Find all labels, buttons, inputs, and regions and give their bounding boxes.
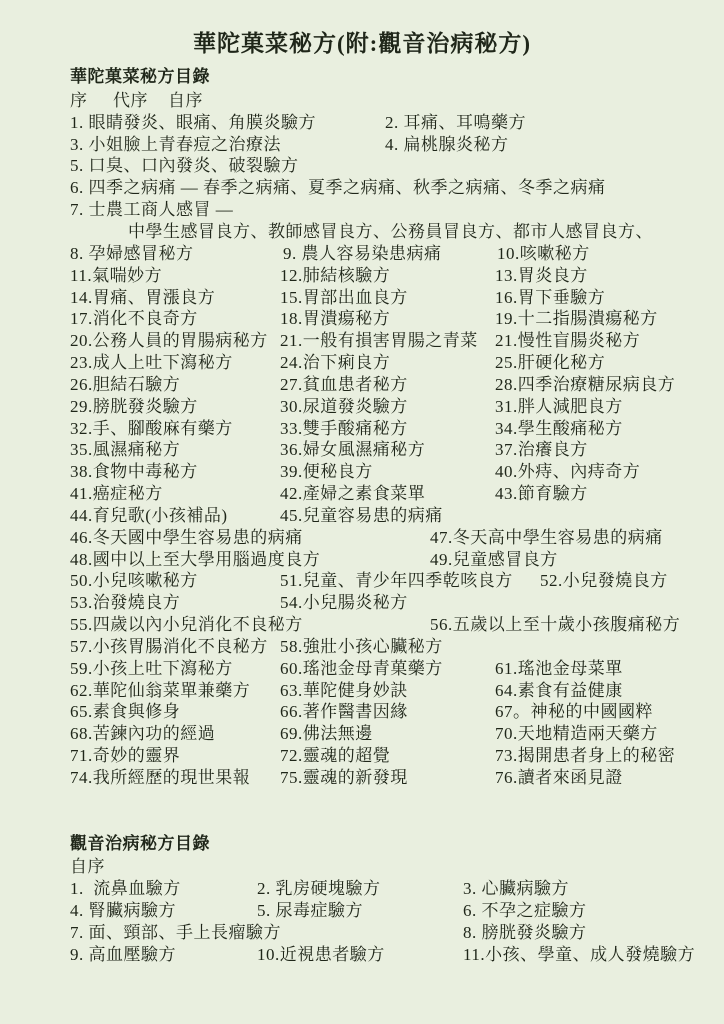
toc-entry: 37.治癢良方 xyxy=(495,439,588,460)
toc-entry: 16.胃下垂驗方 xyxy=(495,287,605,308)
toc-entry: 38.食物中毒秘方 xyxy=(70,461,198,482)
toc-entry: 4. 扁桃腺炎秘方 xyxy=(385,134,509,155)
toc-entry: 39.便秘良方 xyxy=(280,461,373,482)
toc-entry: 43.節育驗方 xyxy=(495,483,588,504)
toc-entry: 58.強壯小孩心臟秘方 xyxy=(280,636,443,657)
toc-entry: 27.貧血患者秘方 xyxy=(280,374,408,395)
toc-entry: 17.消化不良奇方 xyxy=(70,308,198,329)
toc-entry: 11.小孩、學童、成人發燒驗方 xyxy=(463,944,695,965)
toc-entry: 59.小孩上吐下瀉秘方 xyxy=(70,658,233,679)
toc-entry: 序 xyxy=(70,90,88,111)
section-heading: 華陀菓菜秘方目錄 xyxy=(70,66,210,87)
toc-entry: 5. 口臭、口內發炎、破裂驗方 xyxy=(70,155,299,176)
toc-entry: 10.近視患者驗方 xyxy=(257,944,385,965)
toc-entry: 75.靈魂的新發現 xyxy=(280,767,408,788)
toc-entry: 56.五歲以上至十歲小孩腹痛秘方 xyxy=(430,614,680,635)
toc-entry: 53.治發燒良方 xyxy=(70,592,180,613)
toc-entry: 3. 小姐臉上青春痘之治療法 xyxy=(70,134,281,155)
toc-entry: 63.華陀健身妙訣 xyxy=(280,680,408,701)
toc-entry: 14.胃痛、胃漲良方 xyxy=(70,287,215,308)
toc-entry: 57.小孩胃腸消化不良秘方 xyxy=(70,636,268,657)
toc-entry: 18.胃潰瘍秘方 xyxy=(280,308,390,329)
toc-entry: 28.四季治療糖尿病良方 xyxy=(495,374,675,395)
toc-entry: 23.成人上吐下瀉秘方 xyxy=(70,352,233,373)
toc-entry: 67。神秘的中國國粹 xyxy=(495,701,653,722)
toc-entry: 40.外痔、內痔奇方 xyxy=(495,461,640,482)
toc-entry: 34.學生酸痛秘方 xyxy=(495,418,623,439)
toc-entry: 20.公務人員的胃腸病秘方 xyxy=(70,330,268,351)
toc-entry: 70.天地精造兩天藥方 xyxy=(495,723,658,744)
toc-entry: 13.胃炎良方 xyxy=(495,265,588,286)
toc-entry: 65.素食與修身 xyxy=(70,701,180,722)
toc-entry: 50.小兒咳嗽秘方 xyxy=(70,570,198,591)
toc-entry: 1. 流鼻血驗方 xyxy=(70,878,181,899)
toc-entry: 29.膀胱發炎驗方 xyxy=(70,396,198,417)
toc-entry: 19.十二指腸潰瘍秘方 xyxy=(495,308,658,329)
toc-entry: 60.瑤池金母青菓藥方 xyxy=(280,658,443,679)
toc-entry: 3. 心臟病驗方 xyxy=(463,878,569,899)
toc-entry: 2. 耳痛、耳鳴藥方 xyxy=(385,112,526,133)
toc-entry: 46.冬天國中學生容易患的病痛 xyxy=(70,527,303,548)
toc-entry: 21.一般有損害胃腸之青菜 xyxy=(280,330,478,351)
toc-entry: 36.婦女風濕痛秘方 xyxy=(280,439,425,460)
page-title: 華陀菓菜秘方(附:觀音治病秘方) xyxy=(0,25,724,58)
toc-entry: 54.小兒腸炎秘方 xyxy=(280,592,408,613)
toc-entry: 69.佛法無邊 xyxy=(280,723,373,744)
page: 華陀菓菜秘方(附:觀音治病秘方) 華陀菓菜秘方目錄序代序自序1. 眼睛發炎、眼痛… xyxy=(0,0,724,1024)
toc-entry: 31.胖人減肥良方 xyxy=(495,396,623,417)
toc-entry: 74.我所經歷的現世果報 xyxy=(70,767,250,788)
toc-entry: 7. 士農工商人感冒 — xyxy=(70,199,233,220)
toc-entry: 41.癌症秘方 xyxy=(70,483,163,504)
toc-entry: 52.小兒發燒良方 xyxy=(540,570,668,591)
toc-entry: 51.兒童、青少年四季乾咳良方 xyxy=(280,570,513,591)
toc-entry: 64.素食有益健康 xyxy=(495,680,623,701)
toc-entry: 47.冬天高中學生容易患的病痛 xyxy=(430,527,663,548)
toc-entry: 5. 尿毒症驗方 xyxy=(257,900,363,921)
section-heading: 觀音治病秘方目錄 xyxy=(70,833,210,854)
toc-entry: 11.氣喘妙方 xyxy=(70,265,162,286)
toc-entry: 68.苦鍊內功的經過 xyxy=(70,723,215,744)
toc-entry: 21.慢性盲腸炎秘方 xyxy=(495,330,640,351)
toc-entry: 9. 高血壓驗方 xyxy=(70,944,176,965)
toc-entry: 66.著作醫書因緣 xyxy=(280,701,408,722)
toc-entry: 71.奇妙的靈界 xyxy=(70,745,180,766)
toc-entry: 代序 xyxy=(113,90,148,111)
toc-entry: 7. 面、頸部、手上長瘤驗方 xyxy=(70,922,281,943)
toc-entry: 61.瑤池金母菜單 xyxy=(495,658,623,679)
toc-entry: 55.四歲以內小兒消化不良秘方 xyxy=(70,614,303,635)
toc-entry: 8. 孕婦感冒秘方 xyxy=(70,243,194,264)
toc-entry: 中學生感冒良方、教師感冒良方、公務員冒良方、都市人感冒良方、 xyxy=(128,221,653,242)
toc-entry: 33.雙手酸痛秘方 xyxy=(280,418,408,439)
toc-entry: 35.風濕痛秘方 xyxy=(70,439,180,460)
toc-entry: 自序 xyxy=(168,90,203,111)
toc-entry: 12.肺結核驗方 xyxy=(280,265,390,286)
toc-entry: 自序 xyxy=(70,856,105,877)
toc-entry: 6. 四季之病痛 — 春季之病痛、夏季之病痛、秋季之病痛、冬季之病痛 xyxy=(70,177,606,198)
toc-entry: 42.產婦之素食菜單 xyxy=(280,483,425,504)
toc-entry: 49.兒童感冒良方 xyxy=(430,549,558,570)
toc-entry: 8. 膀胱發炎驗方 xyxy=(463,922,587,943)
toc-entry: 24.治下痢良方 xyxy=(280,352,390,373)
toc-entry: 9. 農人容易染患病痛 xyxy=(283,243,442,264)
toc-entry: 26.胆結石驗方 xyxy=(70,374,180,395)
toc-entry: 6. 不孕之症驗方 xyxy=(463,900,587,921)
toc-entry: 73.揭開患者身上的秘密 xyxy=(495,745,675,766)
toc-entry: 30.尿道發炎驗方 xyxy=(280,396,408,417)
toc-entry: 2. 乳房硬塊驗方 xyxy=(257,878,381,899)
toc-entry: 25.肝硬化秘方 xyxy=(495,352,605,373)
toc-entry: 45.兒童容易患的病痛 xyxy=(280,505,443,526)
toc-entry: 48.國中以上至大學用腦過度良方 xyxy=(70,549,320,570)
toc-entry: 44.育兒歌(小孩補品) xyxy=(70,505,228,526)
toc-entry: 72.靈魂的超覺 xyxy=(280,745,390,766)
toc-entry: 76.讀者來函見證 xyxy=(495,767,623,788)
toc-entry: 15.胃部出血良方 xyxy=(280,287,408,308)
toc-entry: 1. 眼睛發炎、眼痛、角膜炎驗方 xyxy=(70,112,316,133)
toc-entry: 10.咳嗽秘方 xyxy=(497,243,590,264)
toc-entry: 62.華陀仙翁菜單兼藥方 xyxy=(70,680,250,701)
toc-entry: 32.手、腳酸麻有藥方 xyxy=(70,418,233,439)
toc-entry: 4. 腎臟病驗方 xyxy=(70,900,176,921)
